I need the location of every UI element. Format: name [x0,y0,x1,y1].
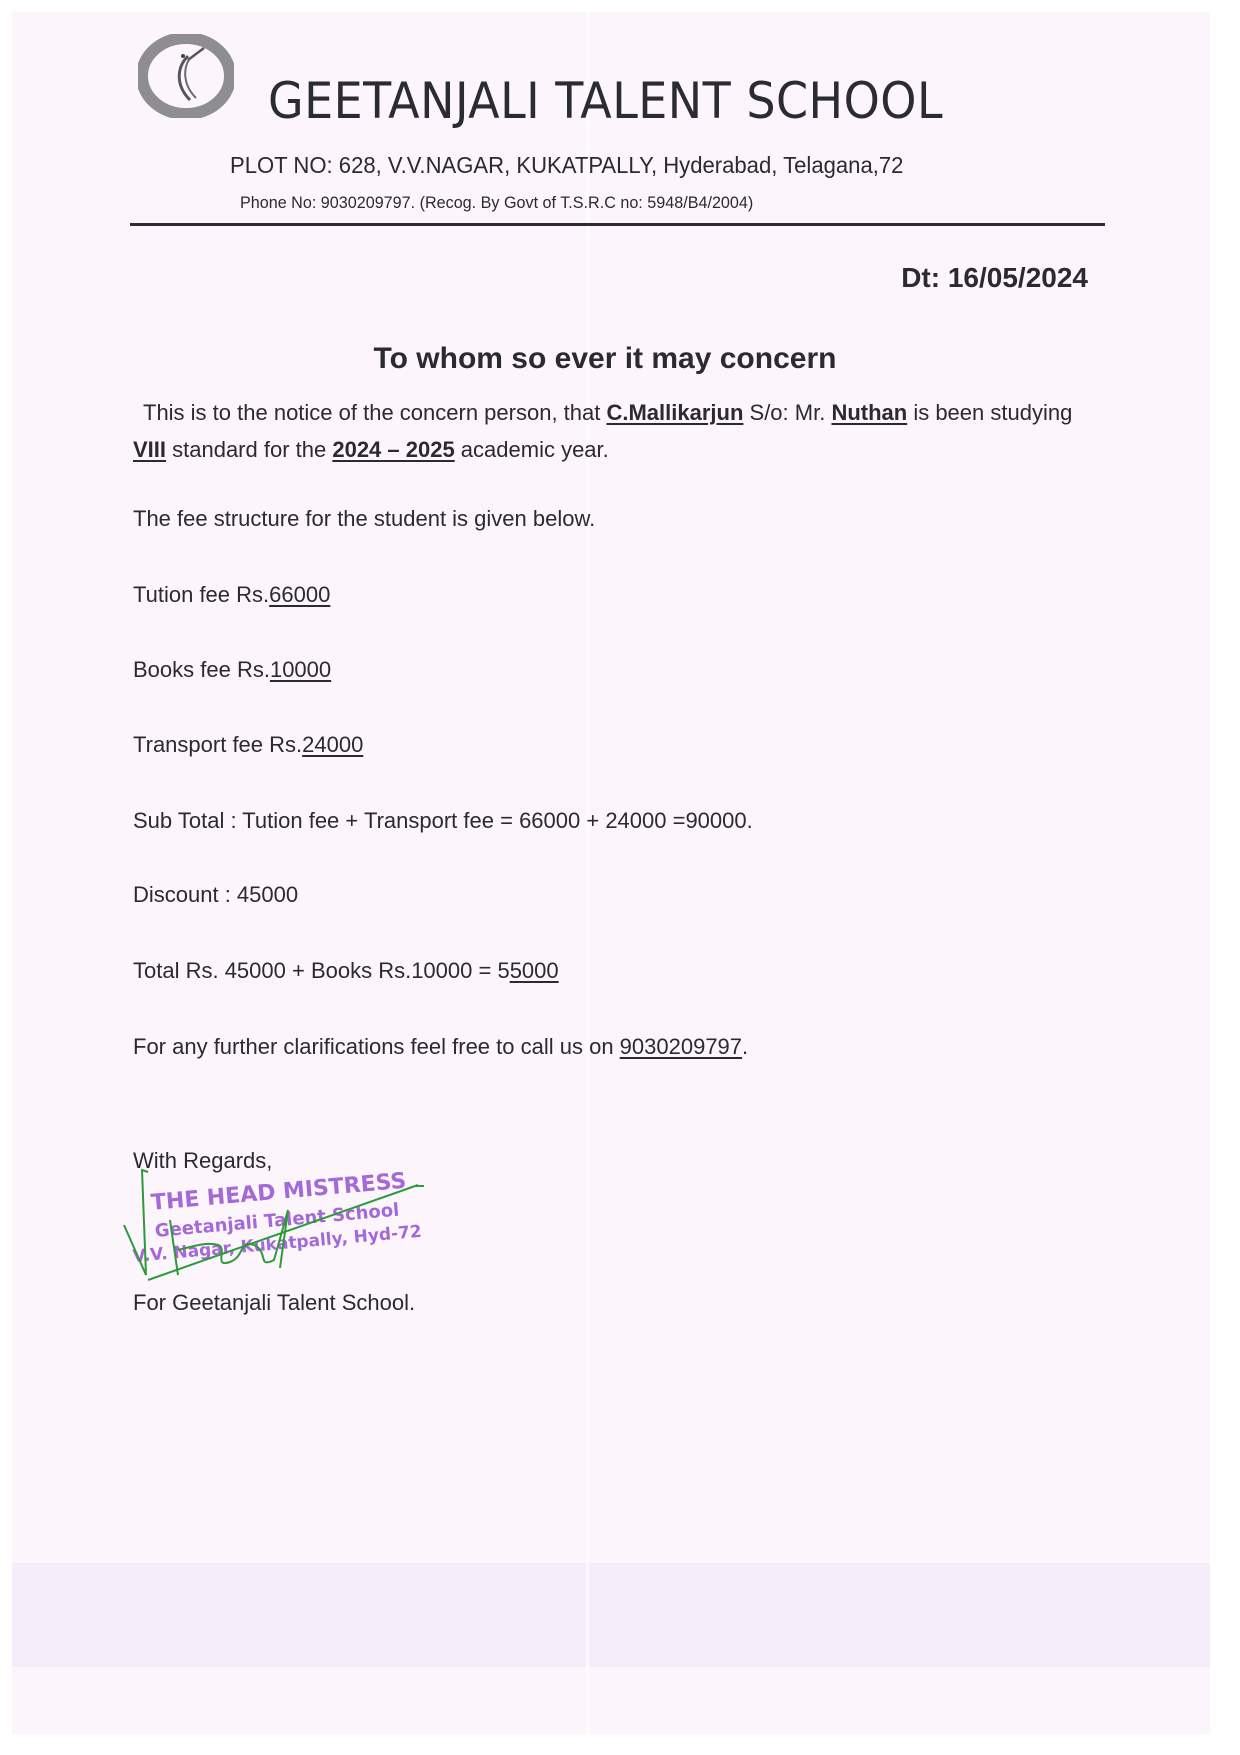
contact-phone: 9030209797 [620,1034,742,1059]
fee-label: Books fee Rs. [133,657,270,682]
signature [118,1150,438,1290]
transport-fee: Transport fee Rs.24000 [133,732,363,758]
school-address: PLOT NO: 628, V.V.NAGAR, KUKATPALLY, Hyd… [230,152,903,179]
fee-label: Tution fee Rs. [133,582,269,607]
school-emblem-icon [138,34,234,118]
signoff: For Geetanjali Talent School. [133,1290,415,1316]
letter-subject: To whom so ever it may concern [0,342,1210,376]
parent-name: Nuthan [831,400,907,425]
intro-text: academic year. [455,437,609,462]
discount: Discount : 45000 [133,882,298,908]
intro-text: is been studying [907,400,1072,425]
school-phone-line: Phone No: 9030209797. (Recog. By Govt of… [240,193,753,213]
letter-date: Dt: 16/05/2024 [901,262,1088,294]
fee-intro: The fee structure for the student is giv… [133,506,595,532]
header-divider [130,223,1105,226]
contact-line: For any further clarifications feel free… [133,1034,748,1060]
contact-suffix: . [742,1034,748,1059]
sub-total: Sub Total : Tution fee + Transport fee =… [133,808,753,834]
fold-line [585,12,590,1734]
fee-amount: 66000 [269,582,330,607]
fee-label: Transport fee Rs. [133,732,302,757]
total-amount: 5000 [510,958,559,983]
academic-year: 2024 – 2025 [332,437,454,462]
contact-text: For any further clarifications feel free… [133,1034,620,1059]
scan-band [12,1563,1210,1667]
intro-text: standard for the [166,437,332,462]
intro-text: S/o: Mr. [743,400,831,425]
tuition-fee: Tution fee Rs.66000 [133,582,330,608]
intro-paragraph: This is to the notice of the concern per… [133,394,1093,468]
books-fee: Books fee Rs.10000 [133,657,331,683]
school-name: GEETANJALI TALENT SCHOOL [268,72,943,130]
intro-text: This is to the notice of the concern per… [133,400,606,425]
grand-total: Total Rs. 45000 + Books Rs.10000 = 55000 [133,958,559,984]
fee-amount: 10000 [270,657,331,682]
total-text: Total Rs. 45000 + Books Rs.10000 = 5 [133,958,510,983]
standard: VIII [133,437,166,462]
student-name: C.Mallikarjun [606,400,743,425]
fee-amount: 24000 [302,732,363,757]
